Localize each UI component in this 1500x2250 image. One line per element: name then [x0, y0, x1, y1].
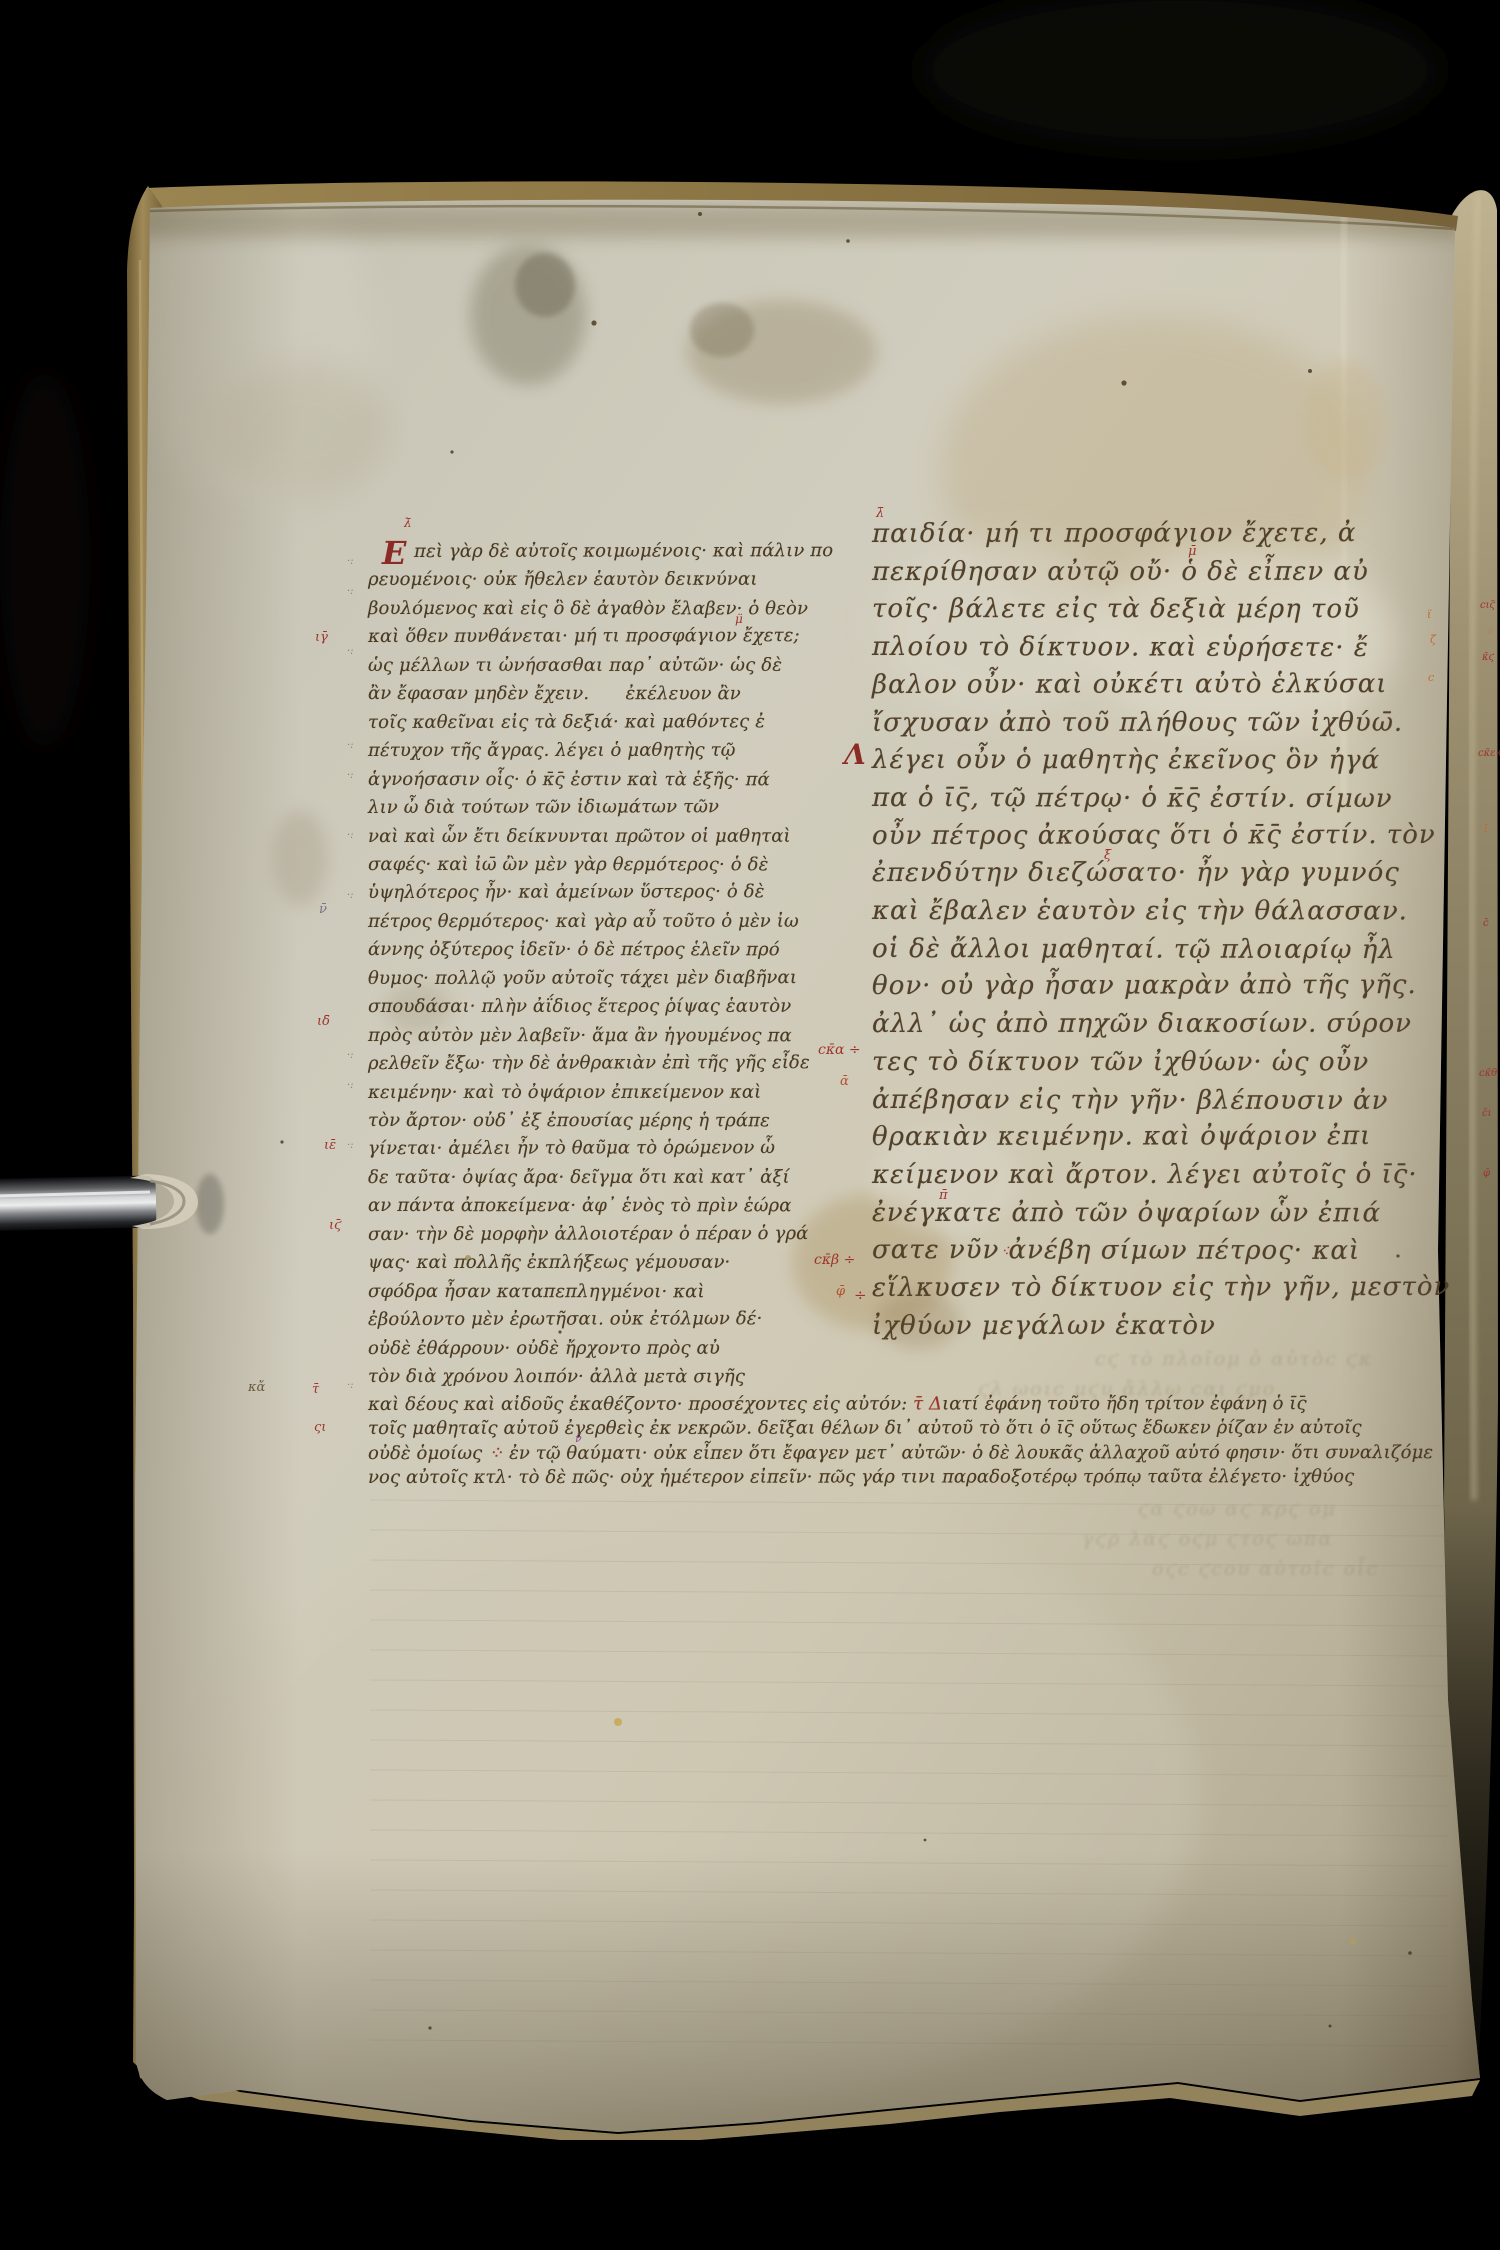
catena-line: οὐδὲ ὁμοίως ⁘ ἐν τῷ θαύματι· οὐκ εἶπεν ὅ…: [368, 1442, 1433, 1464]
catena-text: τοῖς μαθηταῖς αὐτοῦ ἐγερθεὶς ἐκ νεκρῶν. …: [368, 1417, 1362, 1439]
superscript-mark: ÷: [854, 1286, 867, 1304]
fore-edge-mark: φ̄: [1483, 1168, 1490, 1179]
commentary-line: πρὸς αὐτὸν μὲν λαβεῖν· ἅμα ἂν ἡγουμένος …: [368, 1025, 792, 1046]
eusebian-section-number: ϲκ̄β ÷: [814, 1252, 855, 1268]
commentary-line: άννης ὀξύτερος ἰδεῖν· ὁ δὲ πέτρος ἑλεῖν …: [368, 939, 780, 960]
commentary-line: ἁγνοήσασιν οἷς· ὁ κ̄ς̄ ἐστιν καὶ τὰ ἑξῆς…: [368, 769, 770, 790]
gospel-line: ἰχθύων μεγάλων ἑκατὸν: [872, 1311, 1216, 1341]
bleedthrough-line: ϛα ϛοω αϛ κρϛ ομ: [1138, 1498, 1337, 1520]
gospel-line: λέγει οὖν ὁ μαθητὴς ἐκεῖνος ὃν ἠγά: [872, 745, 1380, 775]
superscript-mark: π̄: [939, 1188, 948, 1203]
gospel-line: καὶ ἔβαλεν ἑαυτὸν εἰς τὴν θάλασσαν.: [872, 896, 1408, 926]
superscript-mark: λ̄: [876, 506, 884, 521]
margin-number: ςι: [314, 1420, 326, 1435]
commentary-line: τὸν ἄρτον· οὐδ᾽ ἐξ ἐπουσίας μέρης ἡ τράπ…: [368, 1110, 770, 1131]
commentary-line: σαν· τὴν δὲ μορφὴν ἀλλοιοτέραν ὁ πέραν ὁ…: [368, 1223, 808, 1245]
gospel-line: τοῖς· βάλετε εἰς τὰ δεξιὰ μέρη τοῦ: [872, 594, 1360, 624]
edge-orange-mark: ζ̄: [1430, 633, 1436, 646]
margin-number: ν̄: [319, 902, 327, 917]
commentary-line: καὶ ὅθεν πυνθάνεται· μή τι προσφάγιον ἔχ…: [368, 625, 800, 647]
commentary-line: ρελθεῖν ἔξω· τὴν δὲ ἀνθρακιὰν ἐπὶ τῆς γῆ…: [368, 1052, 810, 1074]
commentary-line: ρευομένοις· οὐκ ἤθελεν ἑαυτὸν δεικνύναι: [368, 569, 758, 590]
commentary-line: πέτυχον τῆς ἄγρας. λέγει ὁ μαθητὴς τῷ: [368, 740, 736, 761]
superscript-mark: μ̄: [1188, 544, 1196, 559]
quire-dot-mark: ·:: [347, 890, 354, 901]
quire-dot-mark: ·:: [347, 740, 354, 751]
quire-dot-mark: ·:: [347, 1050, 354, 1061]
gospel-line: σατε νῦν ἀνέβη σίμων πέτρος· καὶ: [872, 1235, 1360, 1266]
gospel-line: ἐνέγκατε ἀπὸ τῶν ὀψαρίων ὧν ἐπιά: [872, 1198, 1381, 1228]
quire-dot-mark: ·:: [347, 770, 354, 781]
gospel-line: ἴσχυσαν ἀπὸ τοῦ πλήθους τῶν ἰχθύω̄.: [872, 707, 1403, 737]
quire-dot-mark: ·:: [347, 1080, 354, 1091]
manuscript-photograph: { "photo": { "background_color": "#00000…: [0, 0, 1500, 2250]
gospel-line: εἵλκυσεν τὸ δίκτυον εἰς τὴν γῆν, μεστὸν: [872, 1272, 1450, 1303]
commentary-line: σαφές· καὶ ἰω̄ ὢν μὲν γὰρ θερμότερος· ὁ …: [368, 854, 768, 875]
superscript-mark: ⁘: [1000, 1242, 1013, 1260]
bleedthrough-line: γϛρ λαϛ οϛμ ϛτοϛ ωπα: [1082, 1528, 1333, 1550]
catena-text: ἐν τῷ θαύματι· οὐκ εἶπεν ὅτι ἔφαγεν μετ᾽…: [503, 1442, 1433, 1464]
edge-orange-mark: ϲ: [1428, 671, 1434, 684]
commentary-line: κειμένην· καὶ τὸ ὀψάριον ἐπικείμενον καὶ: [368, 1081, 761, 1102]
quire-dot-mark: ·:: [347, 586, 354, 597]
fore-edge-mark: ϲ̄: [1483, 918, 1489, 929]
margin-number: τ̄: [312, 1382, 319, 1397]
commentary-line: γίνεται· ἀμέλει ἦν τὸ θαῦμα τὸ ὁρώμενον …: [368, 1138, 775, 1160]
fore-edge-mark: ϲκ̄θ: [1479, 1068, 1497, 1079]
bleedthrough-line: οϛϲ ϛϲου αὐτοῖϲ οἷϲ: [1152, 1558, 1379, 1580]
edge-orange-mark: ϊ: [1427, 608, 1431, 621]
catena-text: οὐδὲ ὁμοίως: [368, 1442, 488, 1463]
quire-dot-mark: ·:: [347, 830, 354, 841]
margin-number: ιε̄: [324, 1138, 336, 1153]
commentary-line: ἂν ἔφασαν μηδὲν ἔχειν. ἐκέλευον ἂν: [368, 683, 741, 704]
commentary-line: σφόδρα ἦσαν καταπεπληγμένοι· καὶ: [368, 1281, 705, 1302]
fore-edge-mark: ῑ: [1484, 824, 1488, 835]
catena-line: τοῖς μαθηταῖς αὐτοῦ ἐγερθεὶς ἐκ νεκρῶν. …: [368, 1417, 1362, 1439]
commentary-line: τοῖς καθεῖναι εἰς τὰ δεξιά· καὶ μαθόντες…: [368, 711, 765, 733]
superscript-mark: ξ̄: [1104, 848, 1111, 863]
catena-text: νος αὐτοῖς κτλ· τὸ δὲ πῶς· οὐχ ἡμέτερον …: [368, 1466, 1354, 1488]
quire-dot-mark: ·:: [347, 1140, 354, 1151]
fore-edge-mark: ⁘: [1485, 626, 1493, 637]
page-text-layer: Ε πεὶ γὰρ δὲ αὐτοῖς κοιμωμένοις· καὶ πάλ…: [0, 0, 1500, 2250]
gospel-line: θον· οὐ γὰρ ἦσαν μακρὰν ἀπὸ τῆς γῆς.: [872, 970, 1417, 1001]
commentary-line: ὑψηλότερος ἦν· καὶ ἀμείνων ὕστερος· ὁ δὲ: [368, 882, 765, 904]
gospel-line: τες τὸ δίκτυον τῶν ἰχθύων· ὡς οὖν: [872, 1047, 1369, 1077]
superscript-mark: λ̄: [404, 516, 412, 530]
fore-edge-mark: ϲκ̄ε÷: [1478, 748, 1500, 759]
gospel-line: οὖν πέτρος ἀκούσας ὅτι ὁ κ̄ς̄ ἐστίν. τὸν: [872, 820, 1436, 851]
gospel-line: κείμενον καὶ ἄρτον. λέγει αὐτοῖς ὁ ῑς̄·: [872, 1160, 1418, 1190]
margin-number: ιγ̄: [315, 630, 328, 645]
gospel-line: θρακιὰν κειμένην. καὶ ὀψάριον ἐπι: [872, 1121, 1371, 1152]
gospel-line: παιδία· μή τι προσφάγιον ἔχετε, ἀ: [872, 518, 1356, 549]
rubric-initial: Ε: [382, 534, 406, 572]
commentary-line: πέτρος θερμότερος· καὶ γὰρ αὖ τοῦτο ὁ μὲ…: [368, 911, 799, 932]
gospel-line: πα ὁ ῑς̄, τῷ πέτρῳ· ὁ κ̄ς̄ ἐστίν. σίμων: [872, 783, 1393, 814]
catena-text: καὶ δέους καὶ αἰδοῦς ἐκαθέζοντο· προσέχο…: [368, 1394, 913, 1415]
rubric-mark: ⁘: [488, 1442, 503, 1463]
quire-dot-mark: ·:: [347, 1380, 354, 1391]
eusebian-section-number: φ̄: [836, 1284, 845, 1299]
bleedthrough-line: ϛλ ωοιϲ μϛυ ἄλλω ϲαι ϛμο: [978, 1378, 1276, 1400]
superscript-mark: μ̈: [735, 612, 743, 626]
commentary-line: σπουδάσαι· πλὴν ἀΐδιος ἕτερος ῥίψας ἑαυτ…: [368, 996, 791, 1017]
margin-number: ιδ̄: [317, 1014, 330, 1029]
fore-edge-mark: ϲιϛ̄: [1480, 600, 1495, 611]
rubric-mark: τ̄ Δ: [913, 1393, 942, 1414]
margin-number: κἄ: [248, 1380, 265, 1395]
commentary-line: οὐδὲ ἐθάρρουν· οὐδὲ ἤρχοντο πρὸς αὐ: [368, 1337, 720, 1358]
commentary-line: ψας· καὶ πολλῆς ἐκπλήξεως γέμουσαν·: [368, 1252, 730, 1273]
commentary-line: ἐβούλοντο μὲν ἐρωτῆσαι. οὐκ ἐτόλμων δέ·: [368, 1308, 762, 1330]
fore-edge-mark: ϲ̄ι: [1482, 1108, 1492, 1119]
commentary-line: ὡς μέλλων τι ὠνήσασθαι παρ᾽ αὐτῶν· ὡς δὲ: [368, 655, 782, 676]
catena-line: νος αὐτοῖς κτλ· τὸ δὲ πῶς· οὐχ ἡμέτερον …: [368, 1466, 1354, 1488]
gospel-line: ἀλλ᾽ ὡς ἀπὸ πηχῶν διακοσίων. σύρον: [872, 1009, 1412, 1039]
gospel-line: ἐπενδύτην διεζώσατο· ἦν γὰρ γυμνός: [872, 858, 1400, 888]
eusebian-section-number: Λ: [844, 738, 866, 771]
gospel-line: πλοίου τὸ δίκτυον. καὶ εὑρήσετε· ἔ: [872, 632, 1369, 663]
quire-dot-mark: ·:: [347, 556, 354, 567]
superscript-mark: ν̆: [575, 1432, 582, 1445]
commentary-line: δε ταῦτα· ὀψίας ἄρα· δεῖγμα ὅτι καὶ κατ᾽…: [368, 1167, 790, 1188]
gospel-line: ἀπέβησαν εἰς τὴν γῆν· βλέπουσιν ἀν: [872, 1085, 1388, 1116]
eusebian-section-number: ϲκ̄α ÷: [818, 1042, 861, 1058]
fore-edge-mark: κ̄ϛ: [1482, 652, 1494, 663]
margin-number: ιϛ̄: [329, 1218, 341, 1233]
commentary-line: αν πάντα ἀποκείμενα· ἀφ᾽ ἑνὸς τὸ πρὶν ἑώ…: [368, 1195, 792, 1216]
commentary-line: ναὶ καὶ ὧν ἔτι δείκνυνται πρῶτον οἱ μαθη…: [368, 825, 791, 846]
commentary-line: τὸν διὰ χρόνου λοιπόν· ἀλλὰ μετὰ σιγῆς: [368, 1366, 745, 1387]
commentary-line: λιν ὦ διὰ τούτων τῶν ἰδιωμάτων τῶν: [368, 796, 719, 818]
bleedthrough-line: ϲϛ τὸ πλοῖομ ὁ αὐτὸϲ ϛκ: [1095, 1348, 1373, 1370]
quire-dot-mark: ·:: [347, 646, 354, 657]
gospel-line: βαλον οὖν· καὶ οὐκέτι αὐτὸ ἑλκύσαι: [872, 669, 1387, 700]
gospel-line: πεκρίθησαν αὐτῷ οὔ· ὁ δὲ εἶπεν αὐ: [872, 556, 1369, 586]
commentary-line: θυμος· πολλῷ γοῦν αὐτοῖς τάχει μὲν διαβῆ…: [368, 967, 797, 989]
commentary-line: πεὶ γὰρ δὲ αὐτοῖς κοιμωμένοις· καὶ πάλιν…: [414, 540, 833, 562]
gospel-line: οἱ δὲ ἄλλοι μαθηταί. τῷ πλοιαρίῳ ἦλ: [872, 934, 1396, 965]
eusebian-section-number: ᾱ: [840, 1074, 849, 1089]
